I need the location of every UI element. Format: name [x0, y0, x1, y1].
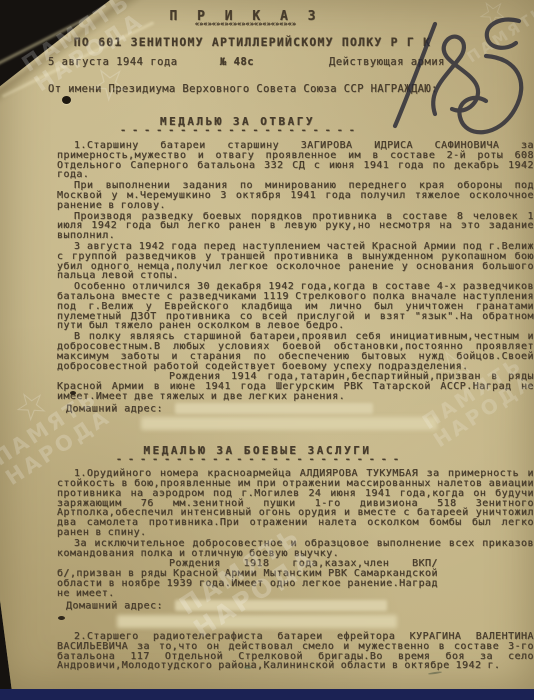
order-paragraph: При выполнении задания по минированию пе… — [57, 181, 534, 210]
home-address-row: Домашний адрес: — [57, 403, 534, 415]
paper-sheet: П Р И К А З «»«»«»«»«»«»«»«»«»«»«»«» ПО … — [0, 0, 534, 690]
biography-paragraph: Рождения 1914 года,татарин,беспартийный,… — [57, 372, 534, 401]
scanned-document-page: П Р И К А З «»«»«»«»«»«»«»«»«»«»«»«» ПО … — [0, 0, 534, 700]
preamble: От имени Президиума Верховного Совета Со… — [48, 83, 534, 95]
redacted-blank — [117, 615, 397, 628]
order-date: 5 августа 1944 года — [48, 56, 178, 68]
order-number: № 48с — [220, 56, 254, 68]
order-paragraph: 2.Старшего радиотелеграфиста батареи ефр… — [57, 632, 534, 671]
redacted-blank — [175, 403, 373, 414]
heading-underline: - - - - - - - - - - - - - - - - - - - - — [0, 128, 476, 134]
order-paragraph: Производя разведку боевых порядков проти… — [57, 212, 534, 241]
ink-speck — [58, 616, 65, 620]
order-paragraph: 1.Старшину батареи старшину ЗАГИРОВА ИДР… — [57, 141, 534, 180]
section-body: 1.Старшину батареи старшину ЗАГИРОВА ИДР… — [57, 141, 534, 430]
section-body: 1.Орудийного номера красноармейца АЛДИЯР… — [57, 469, 534, 671]
home-address-label: Домашний адрес: — [66, 403, 163, 414]
order-location: Действующая армия — [329, 56, 445, 68]
order-paragraph: 3 августа 1942 года перед наступлением ч… — [57, 242, 534, 281]
biography-paragraph: Рождения 1918 года,казах,член ВКП/б/,при… — [57, 559, 534, 598]
order-paragraph: Особенно отличился 30 декабря 1942 года,… — [57, 282, 534, 331]
redacted-blank — [175, 600, 387, 611]
scanner-bed-band — [0, 689, 534, 700]
punch-hole — [62, 96, 71, 104]
home-address-label: Домашний адрес: — [66, 600, 163, 611]
order-paragraph: В полку являясь старшиной батареи,прояви… — [57, 332, 534, 371]
order-paragraph: 1.Орудийного номера красноармейца АЛДИЯР… — [57, 469, 534, 538]
heading-underline: - - - - - - - - - - - - - - - - - - - - … — [19, 457, 496, 463]
order-document: П Р И К А З «»«»«»«»«»«»«»«»«»«»«»«» ПО … — [57, 9, 534, 672]
date-line: 5 августа 1944 года № 48с Действующая ар… — [57, 56, 534, 68]
ink-speck — [70, 391, 76, 395]
pencil-mark — [244, 666, 252, 669]
home-address-row: Домашний адрес: — [57, 600, 534, 612]
redacted-blank — [141, 417, 437, 430]
order-paragraph: За исключительное добросовестное и образ… — [57, 539, 534, 559]
order-subtitle: ПО 601 ЗЕНИТНОМУ АРТИЛЛЕРИЙСКОМУ ПОЛКУ Р… — [14, 35, 491, 49]
